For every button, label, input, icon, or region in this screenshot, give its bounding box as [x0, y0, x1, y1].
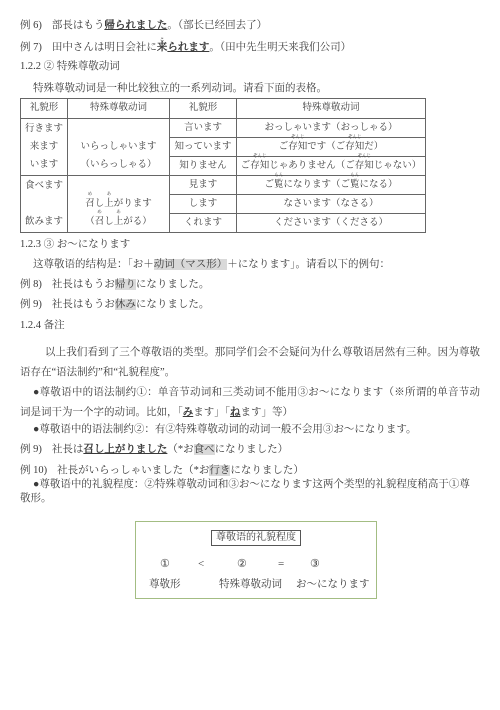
- box-label-special-honorific: 特殊尊敬动词: [219, 579, 282, 591]
- column-header: 礼貌形: [170, 99, 237, 119]
- honorifics-table: 礼貌形 特殊尊敬动词 礼貌形 特殊尊敬动词 行きます 来ます います いらっしゃ…: [20, 98, 426, 233]
- table-cell: ご覧らんになります（ご覧らんになる）: [237, 176, 426, 195]
- table-cell: します: [170, 195, 237, 214]
- highlighted-text: 帰り: [115, 279, 136, 290]
- polite-forms-group1: 行きます 来ます います: [21, 119, 68, 176]
- example-8: 例 8)社長はもうお帰りになりました。: [20, 278, 480, 292]
- heading-1-2-2: 1.2.2 ② 特殊尊敬动词: [20, 60, 480, 74]
- emphasized-text: み: [183, 407, 194, 418]
- example-10: 例 10)社長がいらっしゃいました（*お行きになりました）: [20, 464, 480, 478]
- structure-line: 这尊敬语的结构是：「お＋动词（マス形）＋になります」。请看以下的例句：: [20, 258, 480, 272]
- table-cell: おっしゃいます（おっしゃる）: [237, 119, 426, 138]
- table-cell: ご存知ぞんじじゃありません（ご存知ぞんじじゃない）: [237, 157, 426, 176]
- heading-1-2-4: 1.2.4 备注: [20, 319, 480, 333]
- table-row: 食べます 飲みます 召めし上あがります （召めし上あがる） 見ます ご覧らんにな…: [21, 176, 426, 195]
- equals-sign: =: [278, 558, 284, 570]
- special-honorific-group2: 召めし上あがります （召めし上あがる）: [68, 176, 170, 233]
- table-cell: くださいます（くださる）: [237, 214, 426, 233]
- circled-2: ②: [237, 558, 247, 570]
- emphasized-text: 来こられます: [157, 42, 210, 53]
- intro-paragraph: 特殊尊敬动词是一种比较独立的一系列动词。请看下面的表格。: [20, 82, 480, 96]
- highlighted-text: 动词（マス形）: [154, 259, 228, 270]
- box-label-sonkeikei: 尊敬形: [149, 579, 181, 591]
- furigana: 召め: [85, 195, 95, 213]
- table-cell: 知っています: [170, 138, 237, 157]
- circled-1: ①: [160, 558, 170, 570]
- emphasized-text: ね: [230, 407, 241, 418]
- highlighted-text: 行き: [209, 465, 230, 476]
- note-paragraph: 以上我们看到了三个尊敬语的类型。那同学们会不会疑问为什么尊敬语居然有三种。因为尊…: [20, 343, 480, 383]
- furigana: 来こ: [157, 41, 168, 55]
- furigana: 覧らん: [274, 176, 284, 194]
- document-page: 例 6)部長はもう帰られました。（部长已经回去了） 例 7)田中さんは明日会社に…: [0, 0, 500, 599]
- column-header: 礼貌形: [21, 99, 68, 119]
- emphasized-text: 召し上がりました: [83, 444, 167, 455]
- furigana: 上あ: [114, 213, 124, 231]
- table-row: 行きます 来ます います いらっしゃいます （いらっしゃる） 言います おっしゃ…: [21, 119, 426, 138]
- bullet-politeness-level: ●尊敬语中的礼貌程度：②特殊尊敬动词和③お～になります这两个类型的礼貌程度稍高于…: [20, 478, 480, 506]
- example-label: 例 8): [20, 279, 42, 290]
- emphasized-text: 帰られました: [104, 20, 167, 31]
- less-than-sign: <: [198, 558, 204, 570]
- furigana: 覧らん: [350, 176, 360, 194]
- example-9b: 例 9)社長は召し上がりました（*お食べになりました）: [20, 443, 480, 457]
- example-label: 例 7): [20, 42, 42, 53]
- box-title: 尊敬语的礼貌程度: [211, 530, 301, 546]
- example-7: 例 7)田中さんは明日会社に来こられます。（田中先生明天来我们公司）: [20, 41, 480, 55]
- column-header: 特殊尊敬动词: [237, 99, 426, 119]
- politeness-summary-box: 尊敬语的礼貌程度 ① < ② = ③ 尊敬形 特殊尊敬动词 お～になります: [135, 521, 377, 599]
- table-cell: 知りません: [170, 157, 237, 176]
- heading-1-2-3: 1.2.3 ③ お～になります: [20, 238, 480, 252]
- furigana: 召め: [95, 213, 105, 231]
- example-label: 例 10): [20, 465, 47, 476]
- example-6: 例 6)部長はもう帰られました。（部长已经回去了）: [20, 19, 480, 33]
- example-label: 例 9): [20, 299, 42, 310]
- example-label: 例 9): [20, 444, 42, 455]
- highlighted-text: 休み: [115, 299, 136, 310]
- table-cell: 言います: [170, 119, 237, 138]
- table-header-row: 礼貌形 特殊尊敬动词 礼貌形 特殊尊敬动词: [21, 99, 426, 119]
- table-cell: なさいます（なさる）: [237, 195, 426, 214]
- table-cell: くれます: [170, 214, 237, 233]
- furigana: 存知ぞんじ: [250, 157, 269, 175]
- bullet-grammar-constraint-2: ●尊敬语中的语法制约②：有②特殊尊敬动词的动词一般不会用③お～になります。: [20, 423, 480, 437]
- box-label-oninarimasu: お～になります: [296, 579, 370, 591]
- highlighted-text: 食べ: [194, 444, 215, 455]
- column-header: 特殊尊敬动词: [68, 99, 170, 119]
- example-9: 例 9)社長はもうお休みになりました。: [20, 298, 480, 312]
- circled-3: ③: [310, 558, 320, 570]
- furigana: 上あ: [104, 195, 114, 213]
- example-label: 例 6): [20, 20, 42, 31]
- polite-forms-group2: 食べます 飲みます: [21, 176, 68, 233]
- table-cell: 見ます: [170, 176, 237, 195]
- furigana: 存知ぞんじ: [288, 138, 307, 156]
- special-honorific-group1: いらっしゃいます （いらっしゃる）: [68, 119, 170, 176]
- bullet-grammar-constraint-1: ●尊敬语中的语法制约①：单音节动词和三类动词不能用③お～になります（※所谓的单音…: [20, 383, 480, 423]
